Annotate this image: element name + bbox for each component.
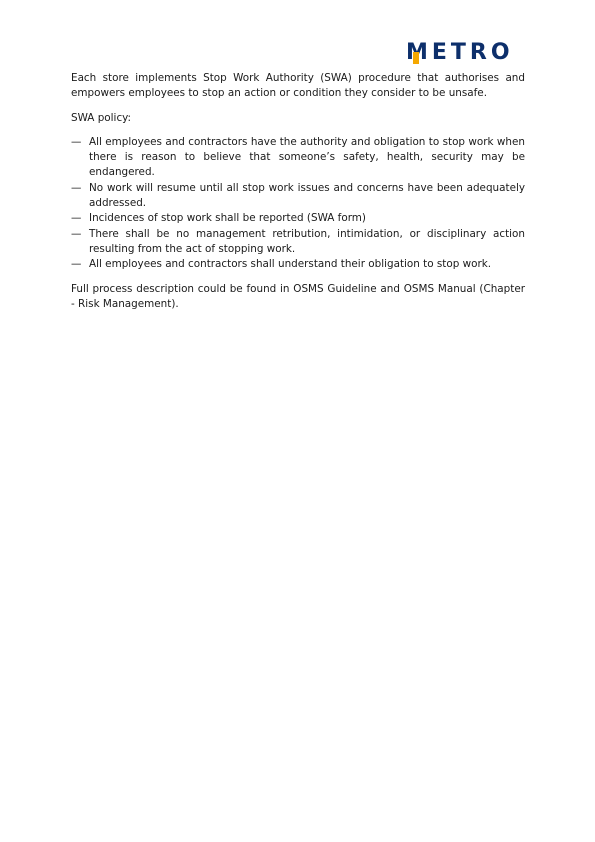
policy-item: —There shall be no management retributio… xyxy=(71,227,525,258)
dash-bullet-icon: — xyxy=(71,181,81,196)
policy-list: —All employees and contractors have the … xyxy=(71,135,525,273)
dash-bullet-icon: — xyxy=(71,227,81,242)
closing-paragraph: Full process description could be found … xyxy=(71,282,525,313)
logo-accent-icon xyxy=(413,52,419,64)
policy-item: —All employees and contractors have the … xyxy=(71,135,525,181)
intro-paragraph: Each store implements Stop Work Authorit… xyxy=(71,71,525,102)
dash-bullet-icon: — xyxy=(71,135,81,150)
dash-bullet-icon: — xyxy=(71,257,81,272)
document-body: Each store implements Stop Work Authorit… xyxy=(71,71,525,321)
metro-logo: METRO xyxy=(406,42,514,64)
policy-item: —No work will resume until all stop work… xyxy=(71,181,525,212)
logo-text: METRO xyxy=(406,40,514,65)
dash-bullet-icon: — xyxy=(71,211,81,226)
policy-heading: SWA policy: xyxy=(71,111,525,126)
policy-item: —Incidences of stop work shall be report… xyxy=(71,211,525,226)
policy-item: —All employees and contractors shall und… xyxy=(71,257,525,272)
